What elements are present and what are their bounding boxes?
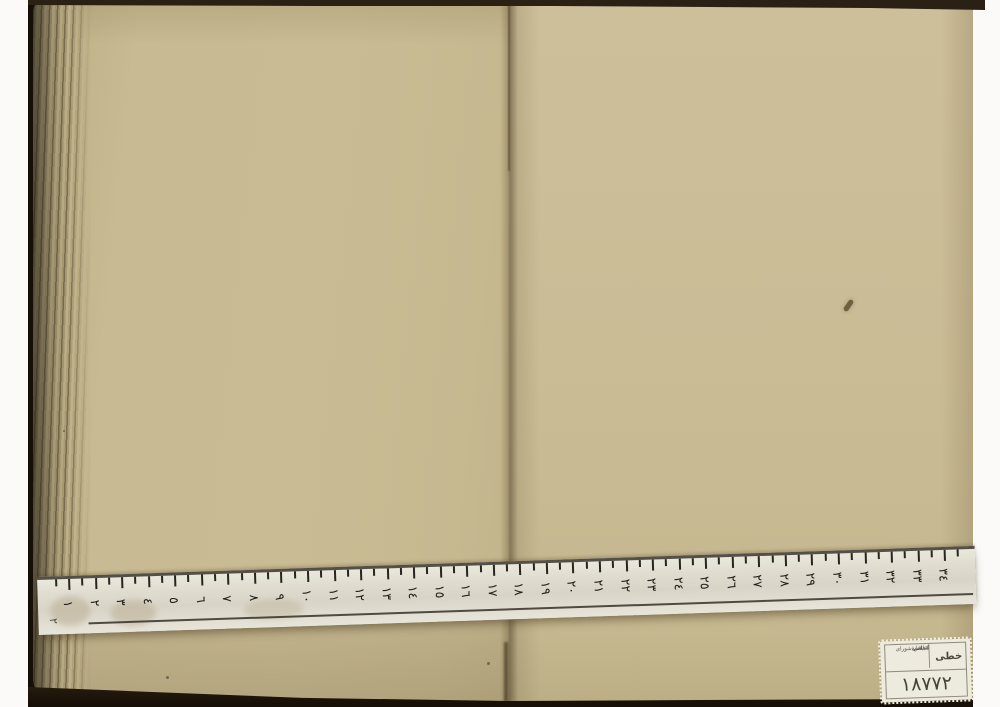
ruler-tick <box>373 569 375 576</box>
ruler-tick <box>493 565 495 576</box>
ruler-tick <box>930 550 932 557</box>
ruler-tick <box>466 566 468 577</box>
ruler-tick <box>586 562 588 569</box>
ruler-tick <box>68 579 70 590</box>
library-stamp: کتابخانۀ مجلس شورای اسلامی خطی ١٨٧٧٢ <box>880 638 972 702</box>
ruler-number: ١١ <box>322 588 346 603</box>
ruler-tick <box>453 566 455 573</box>
ruler-tick <box>148 576 150 587</box>
ruler-tick <box>612 561 614 568</box>
ruler-tick <box>957 549 959 556</box>
ruler-number: ١٧ <box>481 582 505 597</box>
manuscript-scan: ١٢٣٤٥٦٧٨٩١٠١١١٢١٣١٤١٥١٦١٧١٨١٩٢٠٢١٢٢٢٣٢٤٢… <box>0 0 1000 707</box>
ruler-tick <box>95 578 97 589</box>
ruler-number: ١٤ <box>402 585 426 600</box>
ruler-number: ١٠ <box>295 589 319 604</box>
ruler-tick <box>851 553 853 560</box>
ruler-tick <box>201 575 203 586</box>
ruler-tick <box>413 567 415 578</box>
ruler-number: ٢١ <box>587 579 611 594</box>
ruler-tick <box>785 555 787 566</box>
ruler-number: ١٢ <box>349 587 373 602</box>
ruler-tick <box>771 556 773 563</box>
ruler-number: ٢٥ <box>694 575 718 590</box>
stamp-type-label: خطی <box>931 643 965 670</box>
ruler-number: ١٦ <box>455 583 479 598</box>
ruler-number: ٣٣ <box>906 568 930 583</box>
ruler-number: ٣٠ <box>826 571 850 586</box>
ruler-tick <box>891 552 893 563</box>
ruler-number: ٢٩ <box>800 572 824 587</box>
ruler-tick <box>718 557 720 564</box>
ruler-number: ٢٦ <box>720 575 744 590</box>
ruler-tick <box>400 568 402 575</box>
ruler-tick <box>904 551 906 558</box>
ruler-tick <box>532 563 534 570</box>
ruler-number: ٥ <box>163 593 187 608</box>
ruler-tick <box>267 572 269 579</box>
ruler-tick <box>559 563 561 570</box>
ruler-tick <box>187 575 189 582</box>
ruler-tick <box>838 553 840 564</box>
ruler-tick <box>599 561 601 572</box>
ruler-tick <box>811 554 813 565</box>
ruler-number: ٧ <box>216 591 240 606</box>
ruler-number: ٢٣ <box>640 577 664 592</box>
page-speck <box>487 662 490 665</box>
ruler-number: ٢٢ <box>614 578 638 593</box>
ruler-tick <box>254 573 256 584</box>
ruler-tick <box>134 577 136 584</box>
ruler-number: ١٨ <box>508 582 532 597</box>
ruler-tick <box>241 573 243 580</box>
ruler-tick <box>917 551 919 562</box>
ruler-number: ٨ <box>242 590 266 605</box>
ruler-tick <box>320 571 322 578</box>
ruler-tick <box>347 570 349 577</box>
ruler-number: ٢٧ <box>747 574 771 589</box>
ruler-tick <box>546 563 548 574</box>
ruler-tick <box>161 576 163 583</box>
ruler-tick <box>705 558 707 569</box>
ruler-number: ٩ <box>269 590 293 605</box>
ruler-tick <box>798 555 800 562</box>
ruler-number: ١ <box>57 597 81 612</box>
ruler-number: ٢٠ <box>561 580 585 595</box>
ruler-tick <box>227 574 229 585</box>
ruler-tick <box>55 579 57 586</box>
ruler-number: ٣٤ <box>932 568 956 583</box>
page-speck <box>166 676 169 679</box>
ruler-number: ٣ <box>110 595 134 610</box>
ruler-tick <box>678 559 680 570</box>
ruler-tick <box>731 557 733 568</box>
ruler-tick <box>519 564 521 575</box>
ruler-number: ٣٢ <box>879 569 903 584</box>
stamp-library-name-line: اسلامی <box>912 646 929 653</box>
ruler-tick <box>440 567 442 578</box>
ruler-tick <box>121 577 123 588</box>
ruler-tick <box>108 578 110 585</box>
stamp-number: ١٨٧٧٢ <box>886 670 967 699</box>
ruler-tick <box>877 552 879 559</box>
ruler-tick <box>360 569 362 580</box>
ruler-number: ١٣ <box>375 586 399 601</box>
ruler-tick <box>307 571 309 582</box>
ruler-number: ١٥ <box>428 584 452 599</box>
ruler-tick <box>506 564 508 571</box>
ruler-tick <box>294 571 296 578</box>
ruler-tick <box>639 560 641 567</box>
gutter-crease-line-bottom <box>504 642 508 702</box>
ruler-tick <box>692 558 694 565</box>
ruler-tick <box>625 560 627 571</box>
ruler-tick <box>944 550 946 561</box>
ruler-tick <box>426 567 428 574</box>
ruler-tick <box>81 578 83 585</box>
ruler-tick <box>824 554 826 561</box>
ruler-tick <box>745 556 747 563</box>
ruler-tick <box>174 575 176 586</box>
ruler-tick <box>572 562 574 573</box>
page-speck <box>63 430 65 432</box>
ruler-tick <box>652 560 654 571</box>
ruler-tick <box>864 552 866 563</box>
ruler-number: ٢٨ <box>773 573 797 588</box>
ruler-tick <box>280 572 282 583</box>
ruler-number: ٤ <box>136 594 160 609</box>
ruler-number: ٣١ <box>853 570 877 585</box>
ruler-tick <box>214 574 216 581</box>
ruler-tick <box>479 565 481 572</box>
ruler-number: ٦ <box>189 592 213 607</box>
stamp-frame: کتابخانۀ مجلس شورای اسلامی خطی ١٨٧٧٢ <box>884 642 968 700</box>
ruler-number: ١٩ <box>534 581 558 596</box>
ruler-number: ٢٤ <box>667 576 691 591</box>
ruler-number: ٢ <box>83 596 107 611</box>
ruler-corner-mark: ٢ <box>47 618 60 624</box>
ruler-tick <box>387 568 389 579</box>
gutter-crease-line-top <box>508 3 510 171</box>
ruler-tick <box>758 556 760 567</box>
ruler-tick <box>333 570 335 581</box>
ruler-tick <box>665 559 667 566</box>
stamp-library-name: کتابخانۀ مجلس شورای اسلامی <box>887 644 930 669</box>
